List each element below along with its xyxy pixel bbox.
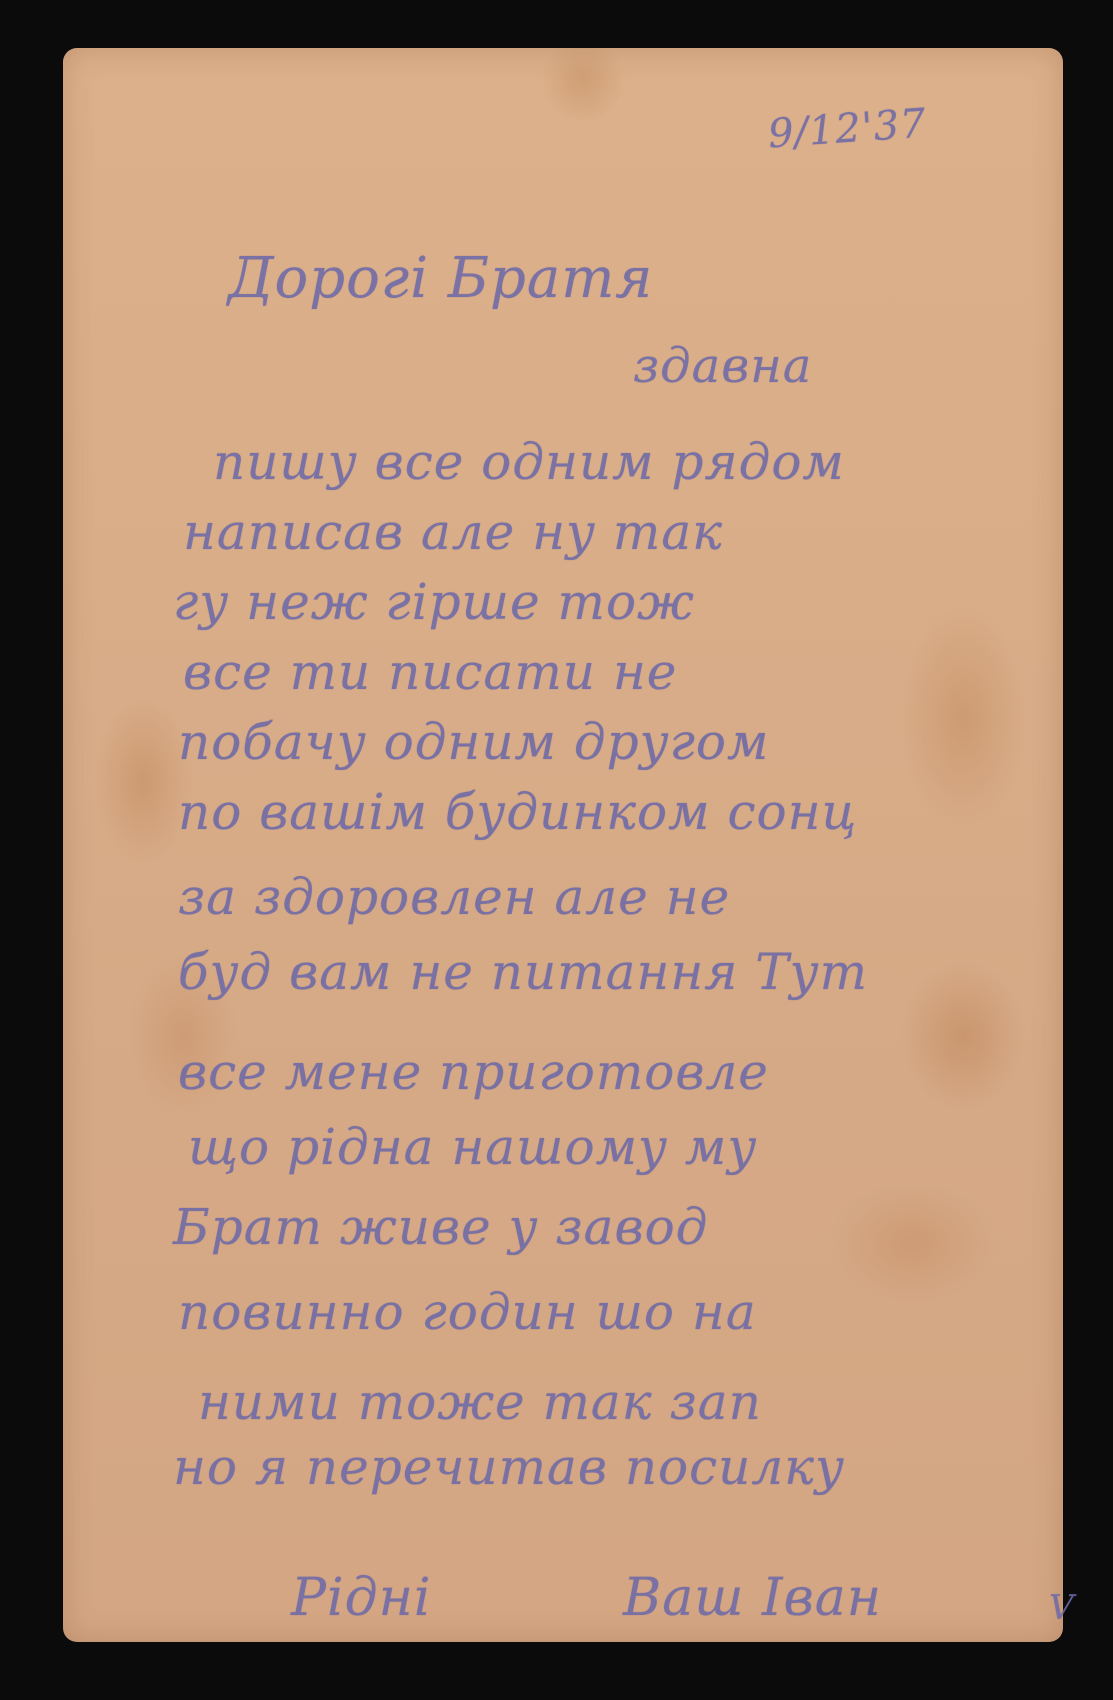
check-mark: V	[1049, 1588, 1075, 1628]
body-line: пишу все одним рядом	[213, 433, 845, 491]
body-line: написав але ну так	[183, 503, 723, 561]
postcard: 9/12'37 Дорогі Братя здавна пишу все одн…	[63, 48, 1063, 1642]
greeting-line-1: Дорогі Братя	[228, 246, 653, 311]
greeting-line-2: здавна	[633, 338, 812, 394]
body-line: ними тоже так зап	[198, 1373, 762, 1431]
signature: Ваш Іван	[623, 1568, 882, 1628]
body-line: повинно годин шо на	[178, 1283, 757, 1341]
body-line: гу неж гірше тож	[173, 573, 695, 631]
postcard-date: 9/12'37	[767, 101, 929, 158]
body-line: що рідна нашому му	[188, 1118, 757, 1176]
closing: Рідні	[291, 1568, 431, 1628]
body-line: побачу одним другом	[178, 713, 769, 771]
body-line: все ти писати не	[183, 643, 677, 701]
body-line: буд вам не питання Тут	[178, 943, 868, 1001]
body-line: но я перечитав посилку	[173, 1438, 845, 1496]
body-line: все мене приготовле	[178, 1043, 769, 1101]
body-line: по вашім будинком cонц	[178, 783, 857, 841]
body-line: за здоровлен але не	[178, 868, 730, 926]
body-line: Брат живе у завод	[173, 1198, 708, 1256]
